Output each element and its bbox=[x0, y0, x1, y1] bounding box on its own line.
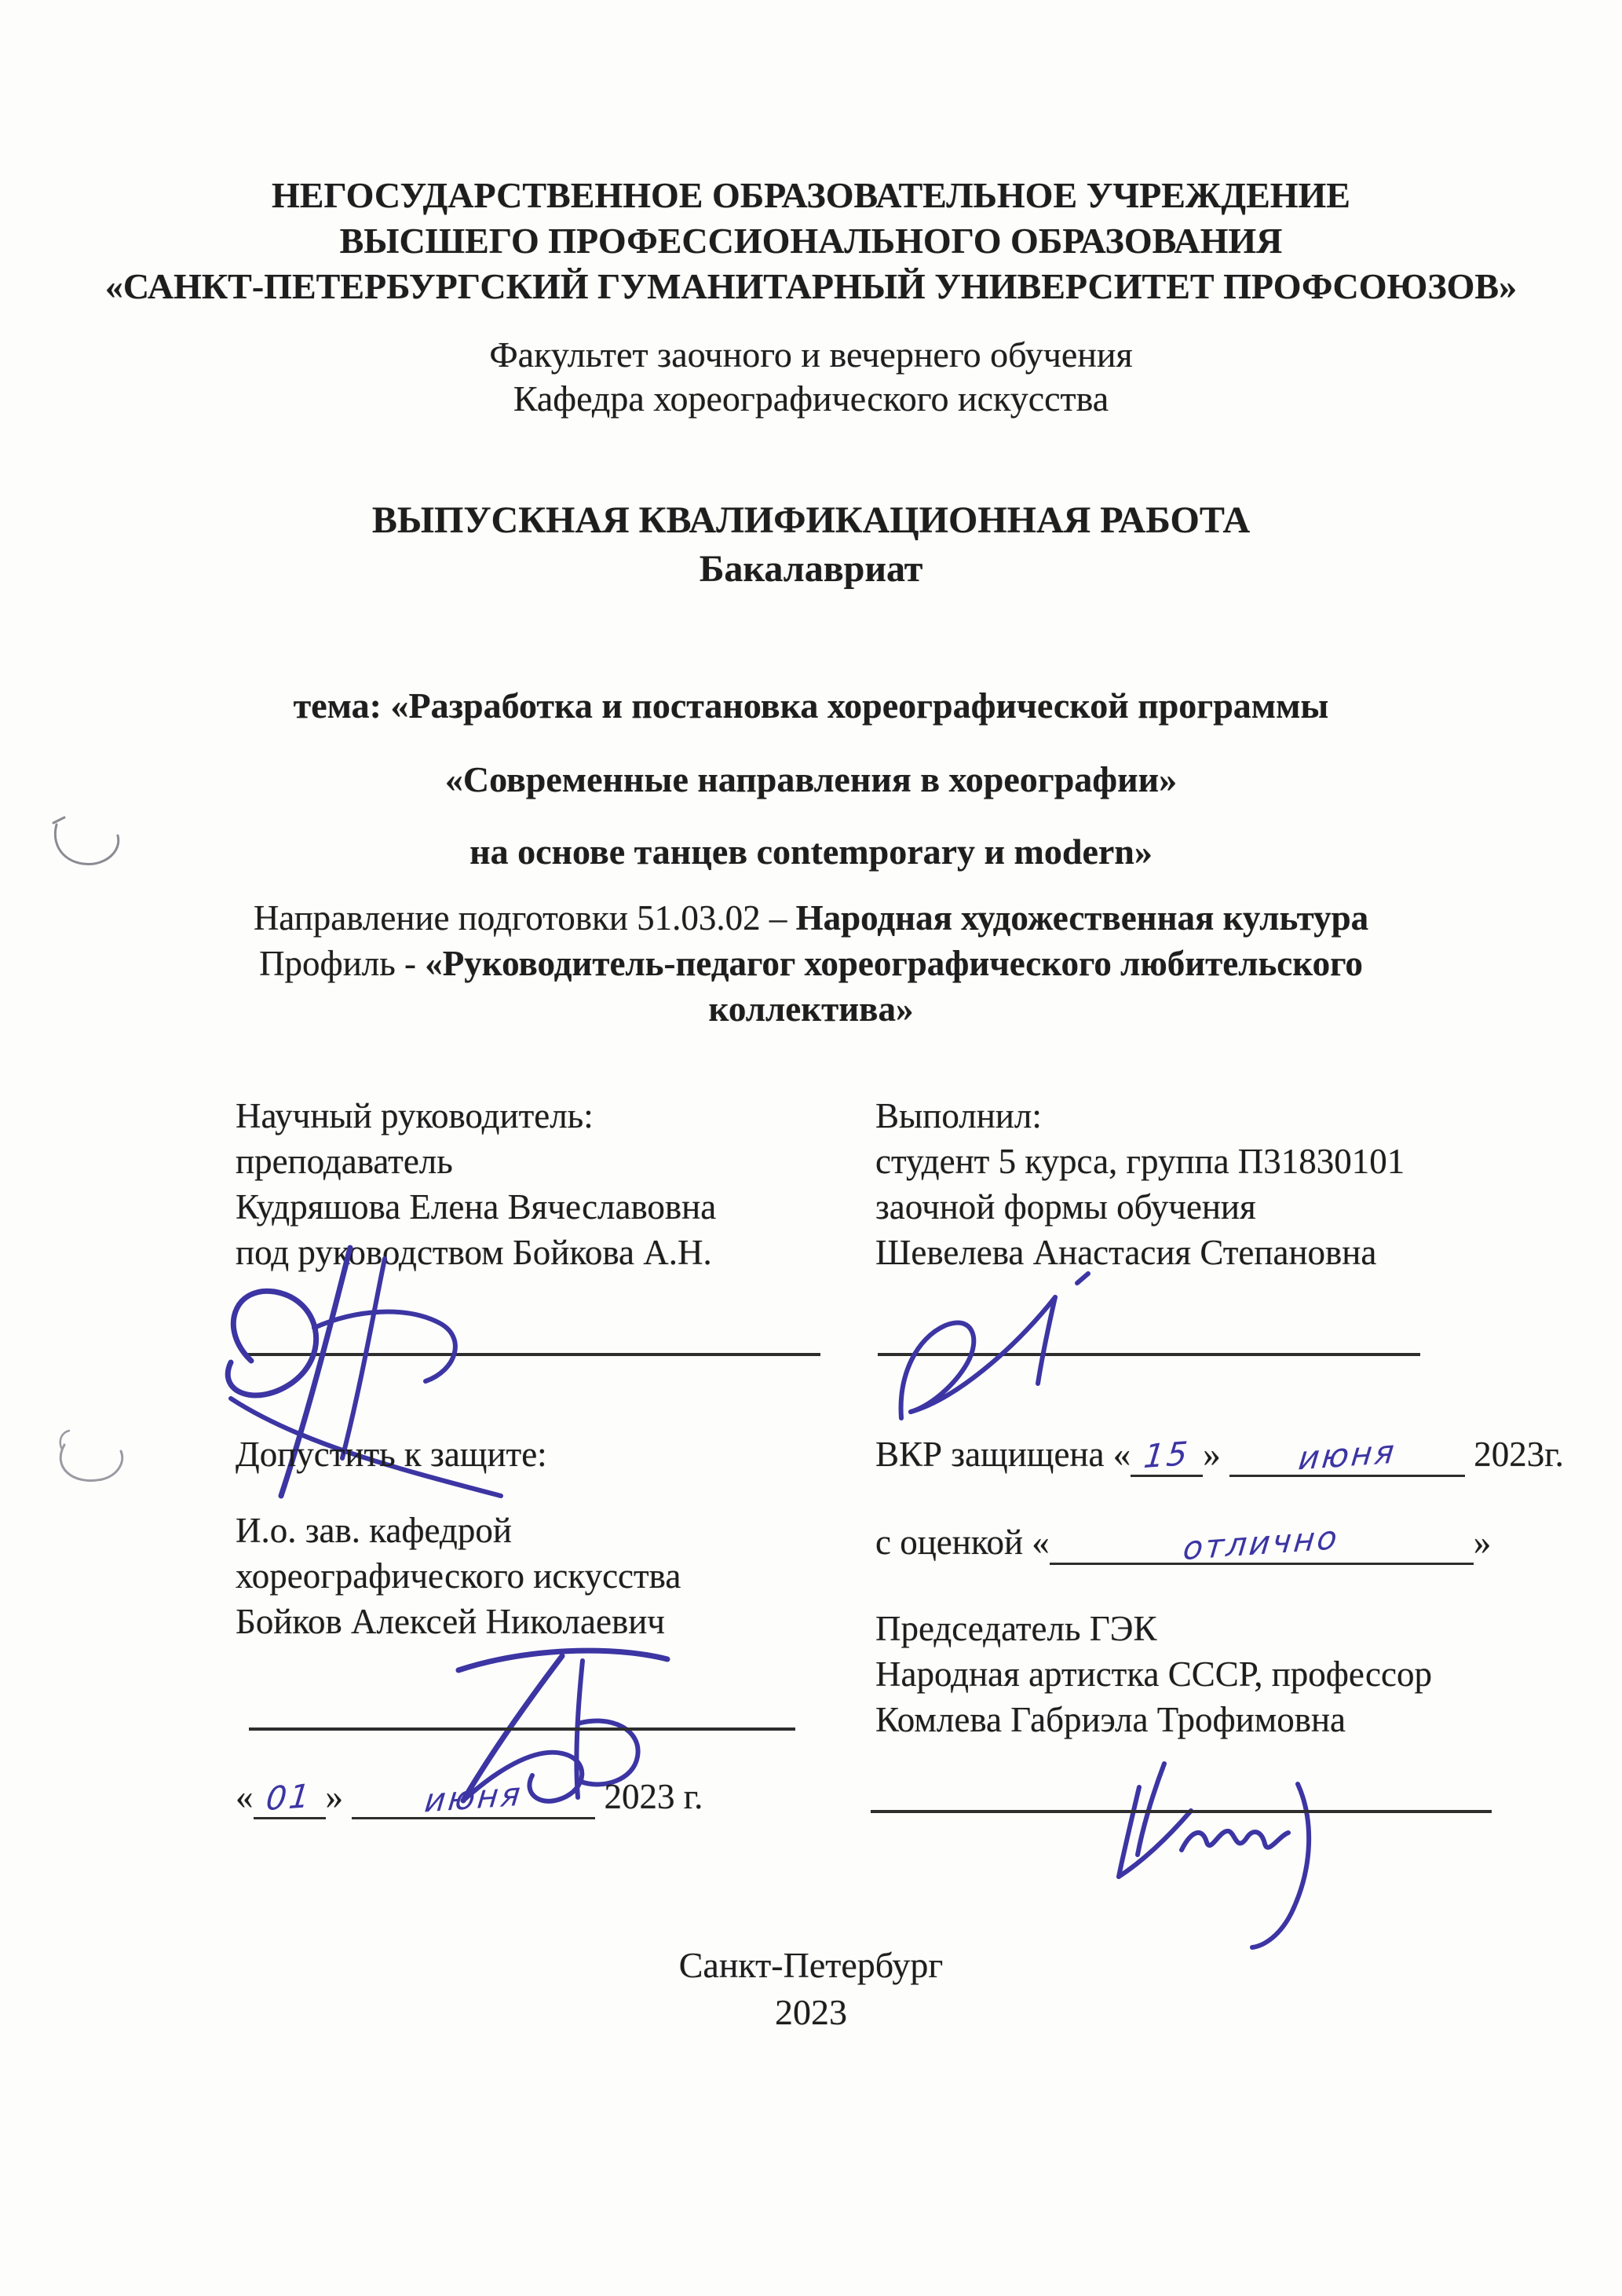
grade-suffix: » bbox=[1474, 1523, 1492, 1562]
admit-position-line-2: хореографического искусства bbox=[236, 1553, 681, 1599]
theme-line-1: тема: «Разработка и постановка хореограф… bbox=[0, 685, 1622, 726]
student-signature-image bbox=[879, 1256, 1146, 1437]
direction-prefix: Направление подготовки 51.03.02 – bbox=[254, 898, 796, 938]
scan-artifact-crescent-top bbox=[46, 815, 132, 882]
defense-prefix: ВКР защищена « bbox=[875, 1435, 1131, 1474]
defense-day-handwritten: 15 bbox=[1142, 1435, 1192, 1476]
institution-line-2: ВЫСШЕГО ПРОФЕССИОНАЛЬНОГО ОБРАЗОВАНИЯ bbox=[0, 218, 1622, 264]
thesis-title-page: НЕГОСУДАРСТВЕННОЕ ОБРАЗОВАТЕЛЬНОЕ УЧРЕЖД… bbox=[0, 0, 1622, 2296]
grade-blank: отлично bbox=[1050, 1522, 1474, 1565]
admission-date-close-quote: » bbox=[326, 1777, 344, 1816]
faculty-block: Факультет заочного и вечернего обучения … bbox=[0, 333, 1622, 421]
institution-line-1: НЕГОСУДАРСТВЕННОЕ ОБРАЗОВАТЕЛЬНОЕ УЧРЕЖД… bbox=[0, 173, 1622, 218]
grade-row: с оценкой «отлично» bbox=[875, 1522, 1491, 1565]
supervisor-position: преподаватель bbox=[236, 1139, 848, 1184]
footer-city: Санкт-Петербург bbox=[0, 1944, 1622, 1986]
admission-date-year: 2023 г. bbox=[605, 1777, 703, 1816]
theme-line-2: «Современные направления в хореографии» bbox=[0, 759, 1622, 800]
profile-name: «Руководитель-педагог хореографического … bbox=[425, 944, 1363, 1029]
program-block: Направление подготовки 51.03.02 – Народн… bbox=[196, 895, 1426, 1032]
grade-prefix: с оценкой « bbox=[875, 1523, 1050, 1562]
defense-month-handwritten: июня bbox=[1296, 1432, 1397, 1477]
faculty-name: Факультет заочного и вечернего обучения bbox=[0, 333, 1622, 377]
student-study-form: заочной формы обучения bbox=[875, 1184, 1551, 1230]
chairman-signature-line bbox=[871, 1810, 1492, 1813]
institution-line-3: «САНКТ-ПЕТЕРБУРГСКИЙ ГУМАНИТАРНЫЙ УНИВЕР… bbox=[0, 264, 1622, 309]
admission-day-blank: 01 bbox=[254, 1776, 326, 1819]
admission-month-handwritten: июня bbox=[423, 1775, 524, 1819]
grade-handwritten: отлично bbox=[1182, 1519, 1342, 1567]
direction-name: Народная художественная культура bbox=[796, 898, 1369, 938]
chairman-signature-image bbox=[1103, 1742, 1370, 1950]
admit-position-line-1: И.о. зав. кафедрой bbox=[236, 1508, 681, 1553]
chairman-block: Председатель ГЭК Народная артистка СССР,… bbox=[875, 1606, 1432, 1742]
student-group: студент 5 курса, группа П31830101 bbox=[875, 1139, 1551, 1184]
defense-month-blank: июня bbox=[1229, 1434, 1465, 1477]
defense-year: 2023г. bbox=[1474, 1435, 1564, 1474]
profile-prefix: Профиль - bbox=[259, 944, 425, 983]
supervisor-name: Кудряшова Елена Вячеславовна bbox=[236, 1184, 848, 1230]
supervisor-label: Научный руководитель: bbox=[236, 1093, 848, 1139]
student-label: Выполнил: bbox=[875, 1093, 1551, 1139]
chairman-label: Председатель ГЭК bbox=[875, 1606, 1432, 1651]
institution-header: НЕГОСУДАРСТВЕННОЕ ОБРАЗОВАТЕЛЬНОЕ УЧРЕЖД… bbox=[0, 173, 1622, 309]
chairman-title: Народная артистка СССР, профессор bbox=[875, 1651, 1432, 1697]
degree-level: Бакалавриат bbox=[0, 545, 1622, 594]
admit-label: Допустить к защите: bbox=[236, 1434, 547, 1475]
chairman-name: Комлева Габриэла Трофимовна bbox=[875, 1697, 1432, 1742]
footer-year: 2023 bbox=[0, 1991, 1622, 2033]
dept-head-signature-line bbox=[249, 1727, 795, 1731]
profile-line: Профиль - «Руководитель-педагог хореогра… bbox=[196, 941, 1426, 1032]
admission-day-handwritten: 01 bbox=[265, 1777, 314, 1819]
admission-date-open-quote: « bbox=[236, 1777, 254, 1816]
scan-artifact-crescent-bottom bbox=[46, 1429, 140, 1496]
department-name: Кафедра хореографического искусства bbox=[0, 377, 1622, 421]
admission-month-blank: июня bbox=[352, 1776, 595, 1819]
theme-line-3: на основе танцев contemporary и modern» bbox=[0, 831, 1622, 872]
student-block: Выполнил: студент 5 курса, группа П31830… bbox=[875, 1093, 1551, 1275]
defense-close-quote: » bbox=[1203, 1435, 1221, 1474]
defense-date-row: ВКР защищена «15» июня 2023г. bbox=[875, 1434, 1564, 1477]
work-title-block: ВЫПУСКНАЯ КВАЛИФИКАЦИОННАЯ РАБОТА Бакала… bbox=[0, 496, 1622, 594]
work-type: ВЫПУСКНАЯ КВАЛИФИКАЦИОННАЯ РАБОТА bbox=[0, 496, 1622, 545]
defense-day-blank: 15 bbox=[1131, 1434, 1203, 1477]
admission-date-row: «01» июня 2023 г. bbox=[236, 1776, 703, 1819]
admit-official-block: И.о. зав. кафедрой хореографического иск… bbox=[236, 1508, 681, 1644]
direction-line: Направление подготовки 51.03.02 – Народн… bbox=[196, 895, 1426, 941]
